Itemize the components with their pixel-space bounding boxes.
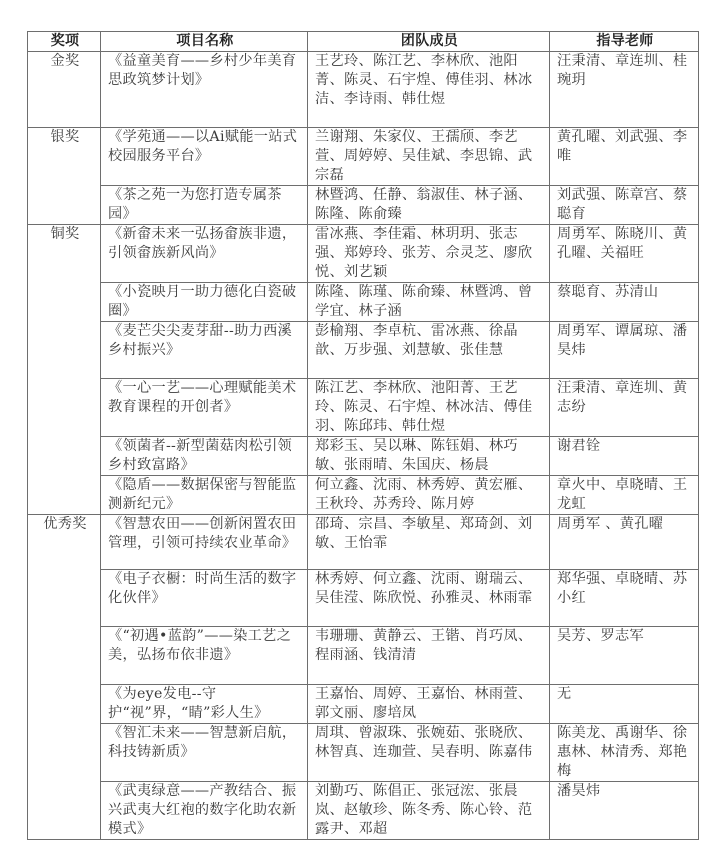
project-cell: 《益童美育——乡村少年美育思政筑梦计划》 <box>101 52 308 128</box>
header-advisors: 指导老师 <box>550 32 699 52</box>
table-row: 金奖《益童美育——乡村少年美育思政筑梦计划》王艺玲、陈江艺、李林欣、池阳菁、陈灵… <box>28 52 699 128</box>
table-row: 《领菌者--新型菌菇肉松引领乡村致富路》郑彩玉、吴以琳、陈钰娟、林巧敏、张雨晴、… <box>28 437 699 476</box>
advisors-cell: 刘武强、陈章宫、蔡聪育 <box>550 186 699 225</box>
advisors-cell: 郑华强、卓晓晴、苏小红 <box>550 570 699 627</box>
table-row: 《小瓷映月一助力德化白瓷破圈》陈隆、陈瑾、陈俞臻、林暨鸿、曾学宜、林子涵蔡聪育、… <box>28 283 699 322</box>
project-cell: 《领菌者--新型菌菇肉松引领乡村致富路》 <box>101 437 308 476</box>
advisors-cell: 谢君铨 <box>550 437 699 476</box>
header-members: 团队成员 <box>308 32 550 52</box>
members-cell: 韦珊珊、黄静云、王锴、肖巧凤、程雨涵、钱清清 <box>308 627 550 685</box>
advisors-cell: 吴芳、罗志军 <box>550 627 699 685</box>
members-cell: 邵琦、宗昌、李敏星、郑琦剑、刘敏、王怡霏 <box>308 515 550 570</box>
members-cell: 雷冰燕、李佳霜、林玥玥、张志强、郑婷玲、张芳、佘灵芝、廖欣悦、刘艺颖 <box>308 225 550 283</box>
members-cell: 何立鑫、沈雨、林秀婷、黄宏雁、王秋玲、苏秀玲、陈月婷 <box>308 476 550 515</box>
header-project: 项目名称 <box>101 32 308 52</box>
advisors-cell: 黄孔曜、刘武强、李唯 <box>550 128 699 186</box>
advisors-cell: 汪秉清、章连圳、桂琬玥 <box>550 52 699 128</box>
header-row: 奖项 项目名称 团队成员 指导老师 <box>28 32 699 52</box>
project-cell: 《一心一艺——心理赋能美术教育课程的开创者》 <box>101 379 308 437</box>
members-cell: 陈隆、陈瑾、陈俞臻、林暨鸿、曾学宜、林子涵 <box>308 283 550 322</box>
project-cell: 《小瓷映月一助力德化白瓷破圈》 <box>101 283 308 322</box>
table-row: 《麦芒尖尖麦芽甜--助力西溪乡村振兴》彭榆翔、李卓杭、雷冰燕、徐晶歆、万步强、刘… <box>28 322 699 379</box>
members-cell: 陈江艺、李林欣、池阳菁、王艺玲、陈灵、石宇煌、林冰洁、傅佳羽、陈邱玮、韩仕煜 <box>308 379 550 437</box>
table-row: 《“初遇•蓝韵”——染工艺之美，弘扬布依非遗》韦珊珊、黄静云、王锴、肖巧凤、程雨… <box>28 627 699 685</box>
award-cell: 金奖 <box>28 52 101 128</box>
awards-table: 奖项 项目名称 团队成员 指导老师 金奖《益童美育——乡村少年美育思政筑梦计划》… <box>27 31 699 840</box>
members-cell: 王艺玲、陈江艺、李林欣、池阳菁、陈灵、石宇煌、傅佳羽、林冰洁、李诗雨、韩仕煜 <box>308 52 550 128</box>
table-row: 《为eye发电--守护“视”界，“睛”彩人生》王嘉怡、周婷、王嘉怡、林雨萱、郭文… <box>28 685 699 724</box>
project-cell: 《智汇未来——智慧新启航，科技铸新质》 <box>101 724 308 782</box>
members-cell: 林暨鸿、任静、翁淑佳、林子涵、陈隆、陈俞臻 <box>308 186 550 225</box>
members-cell: 周琪、曾淑珠、张婉茹、张晓欣、林智真、连珈萱、吴春明、陈嘉伟 <box>308 724 550 782</box>
table-row: 《一心一艺——心理赋能美术教育课程的开创者》陈江艺、李林欣、池阳菁、王艺玲、陈灵… <box>28 379 699 437</box>
advisors-cell: 无 <box>550 685 699 724</box>
members-cell: 郑彩玉、吴以琳、陈钰娟、林巧敏、张雨晴、朱国庆、杨晨 <box>308 437 550 476</box>
advisors-cell: 汪秉清、章连圳、黄志纷 <box>550 379 699 437</box>
table-row: 银奖《学苑通——以Ai赋能一站式校园服务平台》兰谢翔、朱家仪、王孺颀、李艺萱、周… <box>28 128 699 186</box>
project-cell: 《武夷绿意——产教结合、振兴武夷大红袍的数字化助农新模式》 <box>101 782 308 840</box>
project-cell: 《学苑通——以Ai赋能一站式校园服务平台》 <box>101 128 308 186</box>
table-row: 铜奖《新畲未来一弘扬畲族非遗，引领畲族新风尚》雷冰燕、李佳霜、林玥玥、张志强、郑… <box>28 225 699 283</box>
table-row: 《智汇未来——智慧新启航，科技铸新质》周琪、曾淑珠、张婉茹、张晓欣、林智真、连珈… <box>28 724 699 782</box>
project-cell: 《为eye发电--守护“视”界，“睛”彩人生》 <box>101 685 308 724</box>
members-cell: 王嘉怡、周婷、王嘉怡、林雨萱、郭文丽、廖培凤 <box>308 685 550 724</box>
table-row: 《隐盾——数据保密与智能监测新纪元》何立鑫、沈雨、林秀婷、黄宏雁、王秋玲、苏秀玲… <box>28 476 699 515</box>
advisors-cell: 陈美龙、禹谢华、徐惠林、林清秀、郑艳梅 <box>550 724 699 782</box>
project-cell: 《电子衣橱：时尚生活的数字化伙伴》 <box>101 570 308 627</box>
award-cell: 银奖 <box>28 128 101 225</box>
award-cell: 铜奖 <box>28 225 101 515</box>
advisors-cell: 周勇军 、黄孔曜 <box>550 515 699 570</box>
members-cell: 彭榆翔、李卓杭、雷冰燕、徐晶歆、万步强、刘慧敏、张佳慧 <box>308 322 550 379</box>
advisors-cell: 章火中、卓晓晴、王龙虹 <box>550 476 699 515</box>
table-row: 优秀奖《智慧农田——创新闲置农田管理，引领可持续农业革命》邵琦、宗昌、李敏星、郑… <box>28 515 699 570</box>
table-row: 《武夷绿意——产教结合、振兴武夷大红袍的数字化助农新模式》刘勤巧、陈倡正、张冠浤… <box>28 782 699 840</box>
advisors-cell: 潘昊炜 <box>550 782 699 840</box>
project-cell: 《茶之苑一为您打造专属茶园》 <box>101 186 308 225</box>
project-cell: 《新畲未来一弘扬畲族非遗，引领畲族新风尚》 <box>101 225 308 283</box>
advisors-cell: 蔡聪育、苏清山 <box>550 283 699 322</box>
project-cell: 《麦芒尖尖麦芽甜--助力西溪乡村振兴》 <box>101 322 308 379</box>
header-award: 奖项 <box>28 32 101 52</box>
members-cell: 兰谢翔、朱家仪、王孺颀、李艺萱、周婷婷、吴佳斌、李思锦、武宗磊 <box>308 128 550 186</box>
advisors-cell: 周勇军、谭属琼、潘昊炜 <box>550 322 699 379</box>
members-cell: 刘勤巧、陈倡正、张冠浤、张晨岚、赵敏珍、陈冬秀、陈心铃、范露尹、邓超 <box>308 782 550 840</box>
award-cell: 优秀奖 <box>28 515 101 840</box>
members-cell: 林秀婷、何立鑫、沈雨、谢瑞云、吴佳滢、陈欣悦、孙雅灵、林雨霏 <box>308 570 550 627</box>
project-cell: 《隐盾——数据保密与智能监测新纪元》 <box>101 476 308 515</box>
advisors-cell: 周勇军、陈晓川、黄孔曜、关福旺 <box>550 225 699 283</box>
project-cell: 《“初遇•蓝韵”——染工艺之美，弘扬布依非遗》 <box>101 627 308 685</box>
table-row: 《电子衣橱：时尚生活的数字化伙伴》林秀婷、何立鑫、沈雨、谢瑞云、吴佳滢、陈欣悦、… <box>28 570 699 627</box>
project-cell: 《智慧农田——创新闲置农田管理，引领可持续农业革命》 <box>101 515 308 570</box>
table-row: 《茶之苑一为您打造专属茶园》林暨鸿、任静、翁淑佳、林子涵、陈隆、陈俞臻刘武强、陈… <box>28 186 699 225</box>
